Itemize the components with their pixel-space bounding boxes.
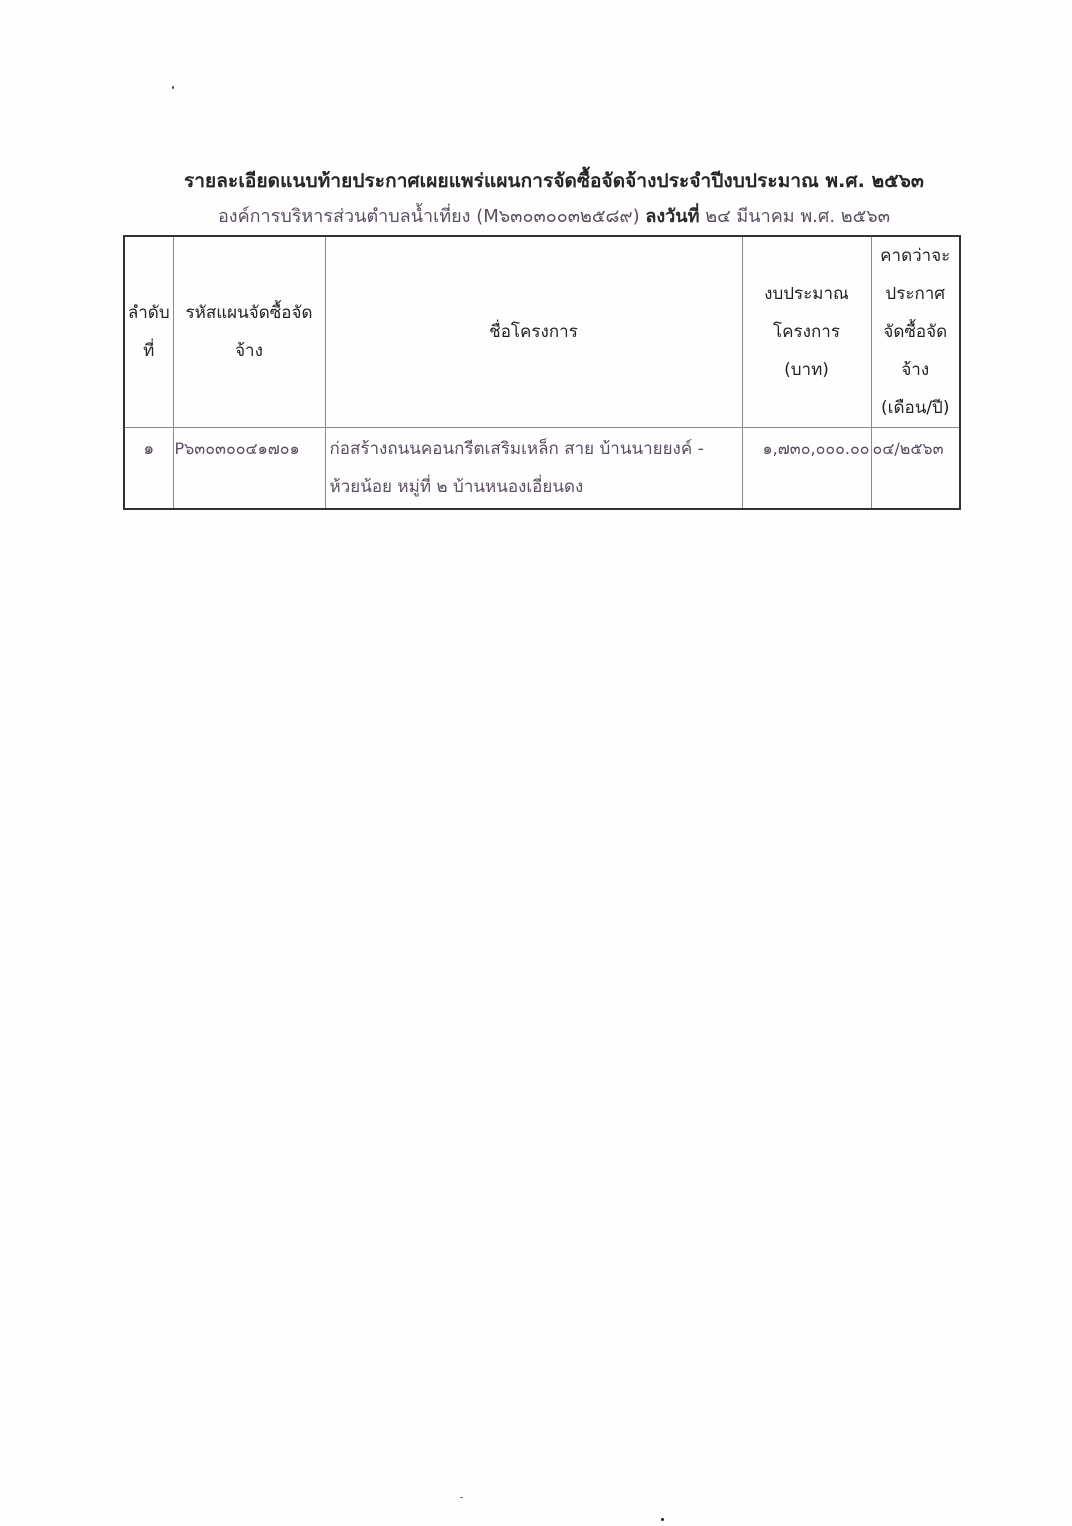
header-sequence-no: ลำดับ ที่ [124,236,173,428]
scan-speck [172,86,174,89]
procurement-plan-table: ลำดับ ที่ รหัสแผนจัดซื้อจัด จ้าง ชื่อโคร… [123,235,961,510]
scan-speck [661,1518,664,1521]
cell-sequence-no: ๑ [124,428,173,510]
date-label: ลงวันที่ [645,206,699,227]
document-title: รายละเอียดแนบท้ายประกาศเผยแพร่แผนการจัดซ… [0,166,1072,196]
document-subtitle: องค์การบริหารส่วนตำบลน้ำเที่ยง (M๖๓๐๓๐๐๓… [0,201,1072,230]
table-row: ๑ P๖๓๐๓๐๐๔๑๗๐๑ ก่อสร้างถนนคอนกรีตเสริมเห… [124,428,960,510]
header-budget: งบประมาณ โครงการ (บาท) [742,236,871,428]
header-project-name: ชื่อโครงการ [325,236,742,428]
header-expected-announcement: คาดว่าจะ ประกาศ จัดซื้อจัด จ้าง (เดือน/ป… [871,236,960,428]
cell-project-name: ก่อสร้างถนนคอนกรีตเสริมเหล็ก สาย บ้านนาย… [325,428,742,510]
organization-name: องค์การบริหารส่วนตำบลน้ำเที่ยง (M๖๓๐๓๐๐๓… [218,206,640,227]
table-header-row: ลำดับ ที่ รหัสแผนจัดซื้อจัด จ้าง ชื่อโคร… [124,236,960,428]
cell-plan-code: P๖๓๐๓๐๐๔๑๗๐๑ [173,428,325,510]
cell-expected-month-year: ๐๔/๒๕๖๓ [871,428,960,510]
header-plan-code: รหัสแผนจัดซื้อจัด จ้าง [173,236,325,428]
scan-speck [460,1497,463,1498]
announcement-date: ๒๔ มีนาคม พ.ศ. ๒๕๖๓ [705,206,890,227]
cell-budget: ๑,๗๓๐,๐๐๐.๐๐ [742,428,871,510]
document-page: รายละเอียดแนบท้ายประกาศเผยแพร่แผนการจัดซ… [0,0,1072,1526]
